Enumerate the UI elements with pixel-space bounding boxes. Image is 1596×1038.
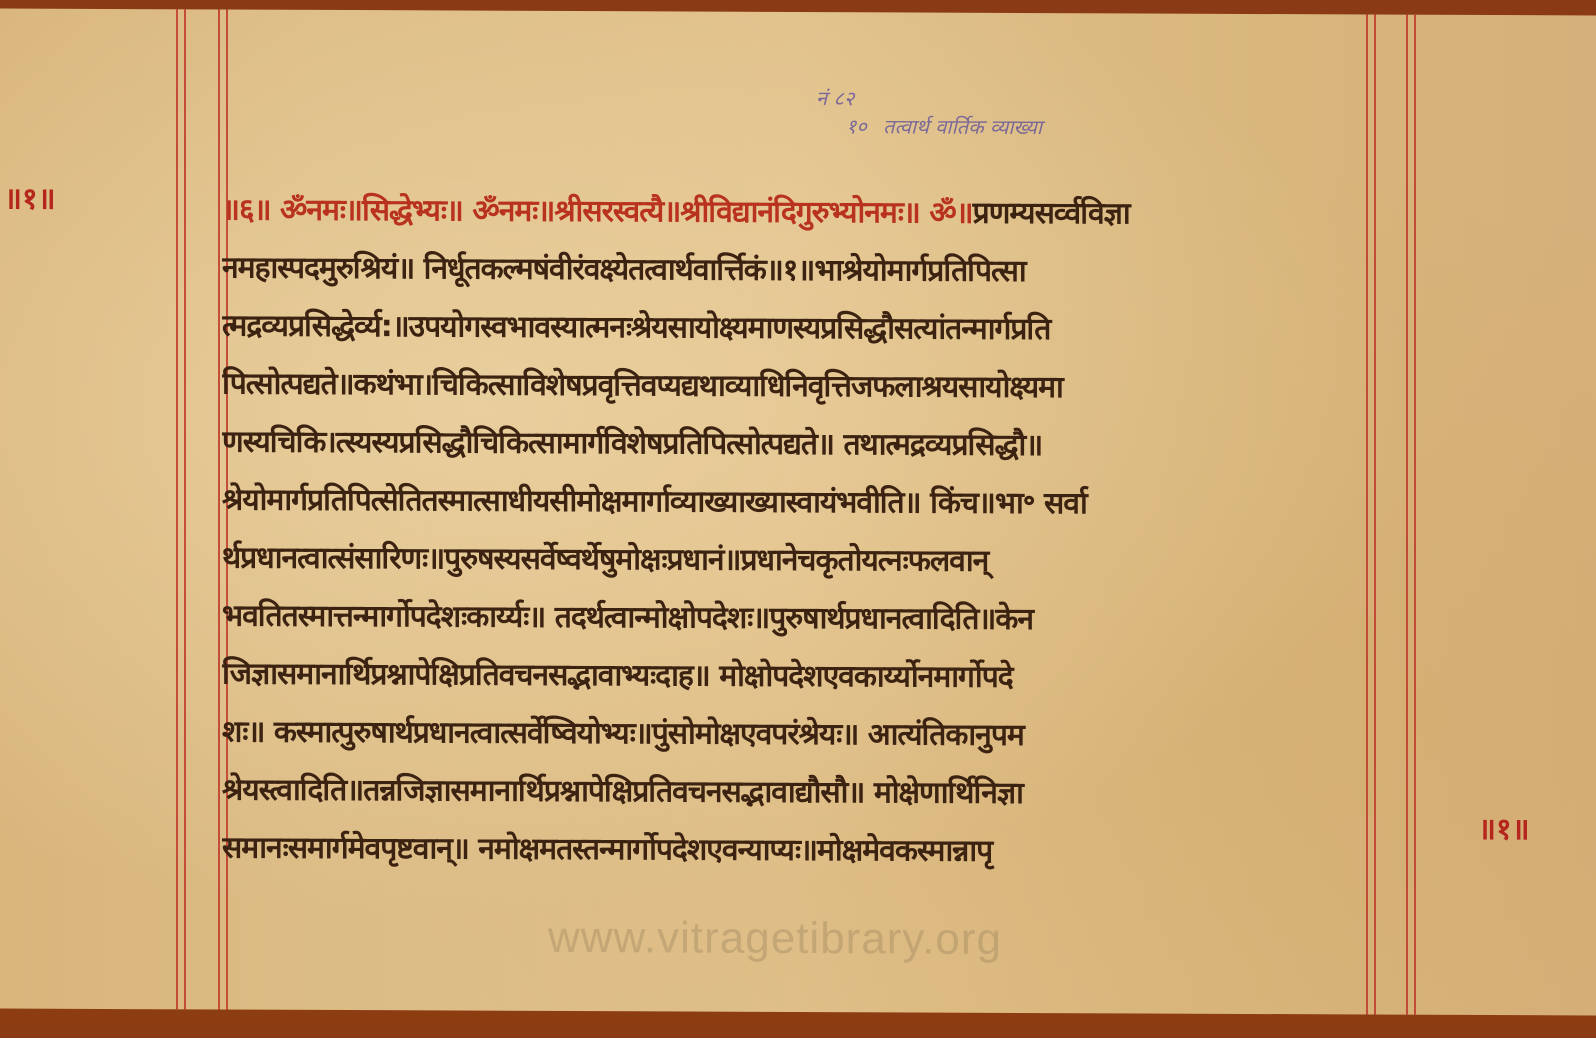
catalog-annotation-line1: नं ८२ xyxy=(816,84,854,111)
text-line: शः॥ कस्मात्पुरुषार्थप्रधानत्वात्सर्वेष्व… xyxy=(222,703,1360,766)
text-line: भवतितस्मात्तन्मार्गोपदेशःकार्य्यः॥ तदर्थ… xyxy=(222,587,1360,650)
text-line: श्रेयोमार्गप्रतिपित्सेतितस्मात्साधीयसीमो… xyxy=(222,471,1360,534)
catalog-sub-number: १० xyxy=(846,114,867,138)
right-folio-number: ॥१॥ xyxy=(1478,807,1530,848)
right-margin-rule-inner xyxy=(1366,14,1376,1014)
catalog-annotation-line2: १० तत्वार्थ वार्तिक व्याख्या xyxy=(846,112,1042,140)
text-line: समानःसमार्गमेवपृष्टवान्॥ नमोक्षमतस्तन्मा… xyxy=(222,819,1360,882)
left-folio-text: ॥१॥ xyxy=(4,182,56,217)
left-folio-number: ॥१॥ xyxy=(4,177,56,218)
left-margin-rule-outer xyxy=(176,9,186,1009)
text-line: णस्यचिकि।त्स्यस्यप्रसिद्धौचिकित्सामार्गव… xyxy=(222,413,1360,476)
watermark: www.vitragetibrary.org xyxy=(548,913,1002,965)
right-margin-rule-outer xyxy=(1406,15,1416,1015)
catalog-number: नं ८२ xyxy=(816,86,854,110)
manuscript-text-block: ॥६॥ ॐनमः॥सिद्धेभ्यः॥ ॐनमः॥श्रीसरस्वत्यै॥… xyxy=(222,181,1360,882)
text-line: श्रेयस्त्वादिति॥तन्नजिज्ञासमानार्थिप्रश्… xyxy=(222,761,1360,824)
invocation-line: ॥६॥ ॐनमः॥सिद्धेभ्यः॥ ॐनमः॥श्रीसरस्वत्यै॥… xyxy=(222,181,1360,244)
text-line: र्थप्रधानत्वात्संसारिणः॥पुरुषस्यसर्वेष्व… xyxy=(222,529,1360,592)
work-title-note: तत्वार्थ वार्तिक व्याख्या xyxy=(883,114,1042,139)
text-line: त्मद्रव्यप्रसिद्धेर्व्य:॥उपयोगस्वभावस्या… xyxy=(222,297,1360,360)
manuscript-page: ॥१॥ ॥१॥ नं ८२ १० तत्वार्थ वार्तिक व्याख्… xyxy=(0,9,1596,1016)
text-line: जिज्ञासमानार्थिप्रश्नापेक्षिप्रतिवचनसद्भ… xyxy=(222,645,1360,708)
invocation-tail-text: प्रणम्यसर्व्वविज्ञा xyxy=(973,196,1130,232)
right-folio-text: ॥१॥ xyxy=(1478,812,1530,847)
text-line: नमहास्पदमुरुश्रियं॥ निर्धूतकल्मषंवीरंवक्… xyxy=(222,239,1360,302)
invocation-red-text: ॥६॥ ॐनमः॥सिद्धेभ्यः॥ ॐनमः॥श्रीसरस्वत्यै॥… xyxy=(222,192,973,230)
text-line: पित्सोत्पद्यते॥कथंभा।चिकित्साविशेषप्रवृत… xyxy=(222,355,1360,418)
